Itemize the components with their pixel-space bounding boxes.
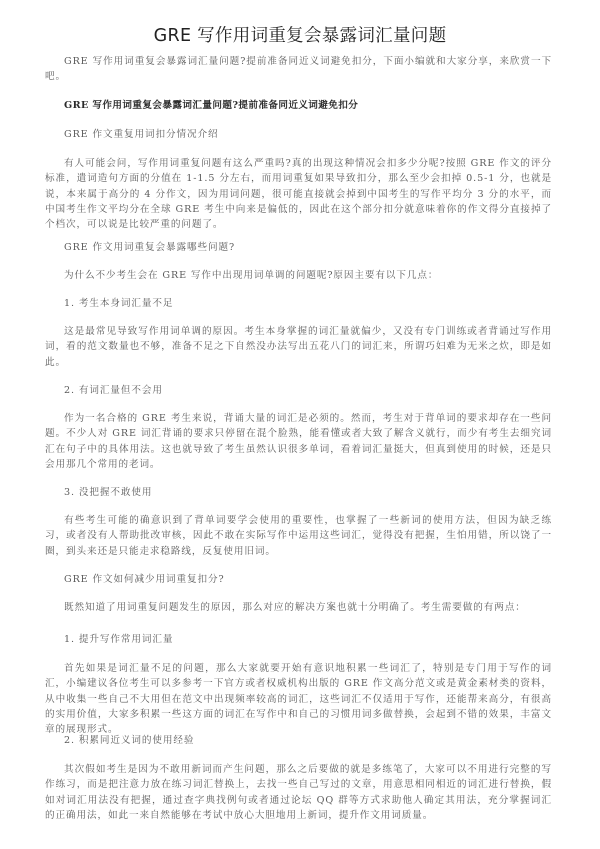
section3-heading: GRE 作文如何减少用词重复扣分? (64, 572, 225, 587)
point2-heading: 2. 有词汇量但不会用 (64, 383, 163, 398)
solution2-body: 其次假如考生是因为不敢用新词而产生问题，那么之后要做的就是多练笔了，大家可以不用… (45, 762, 552, 823)
point3-heading: 3. 没把握不敢使用 (64, 485, 152, 500)
solution1-body: 首先如果是词汇量不足的问题，那么大家就要开始有意识地积累一些词汇了，特别是专门用… (45, 661, 552, 737)
intro-paragraph: GRE 写作用词重复会暴露词汇量问题?提前准备同近义词避免扣分，下面小编就和大家… (45, 54, 552, 85)
point3-body: 有些考生可能的确意识到了背单词要学会使用的重要性，也掌握了一些新词的使用方法，但… (45, 513, 552, 559)
section1-heading: GRE 作文重复用词扣分情况介绍 (64, 127, 218, 142)
document-title: GRE 写作用词重复会暴露词汇量问题 (0, 22, 600, 47)
section1-body: 有人可能会问，写作用词重复问题有这么严重吗?真的出现这种情况会扣多少分呢?按照 … (45, 156, 552, 232)
point1-body: 这是最常见导致写作用词单调的原因。考生本身掌握的词汇量就偏少，又没有专门训练或者… (45, 324, 552, 370)
point2-body: 作为一名合格的 GRE 考生来说，背诵大量的词汇是必须的。然而，考生对于背单词的… (45, 411, 552, 472)
bold-heading: GRE 写作用词重复会暴露词汇量问题?提前准备同近义词避免扣分 (64, 98, 358, 113)
solution2-heading: 2. 积累同近义词的使用经验 (64, 733, 194, 748)
section2-heading: GRE 作文用词重复会暴露哪些问题? (64, 240, 235, 255)
section2-intro: 为什么不少考生会在 GRE 写作中出现用词单调的问题呢?原因主要有以下几点： (64, 268, 438, 283)
document-page: GRE 写作用词重复会暴露词汇量问题 GRE 写作用词重复会暴露词汇量问题?提前… (0, 0, 600, 849)
solution1-heading: 1. 提升写作常用词汇量 (64, 632, 173, 647)
point1-heading: 1. 考生本身词汇量不足 (64, 296, 173, 311)
section3-intro: 既然知道了用词重复问题发生的原因，那么对应的解决方案也就十分明确了。考生需要做的… (64, 600, 526, 615)
